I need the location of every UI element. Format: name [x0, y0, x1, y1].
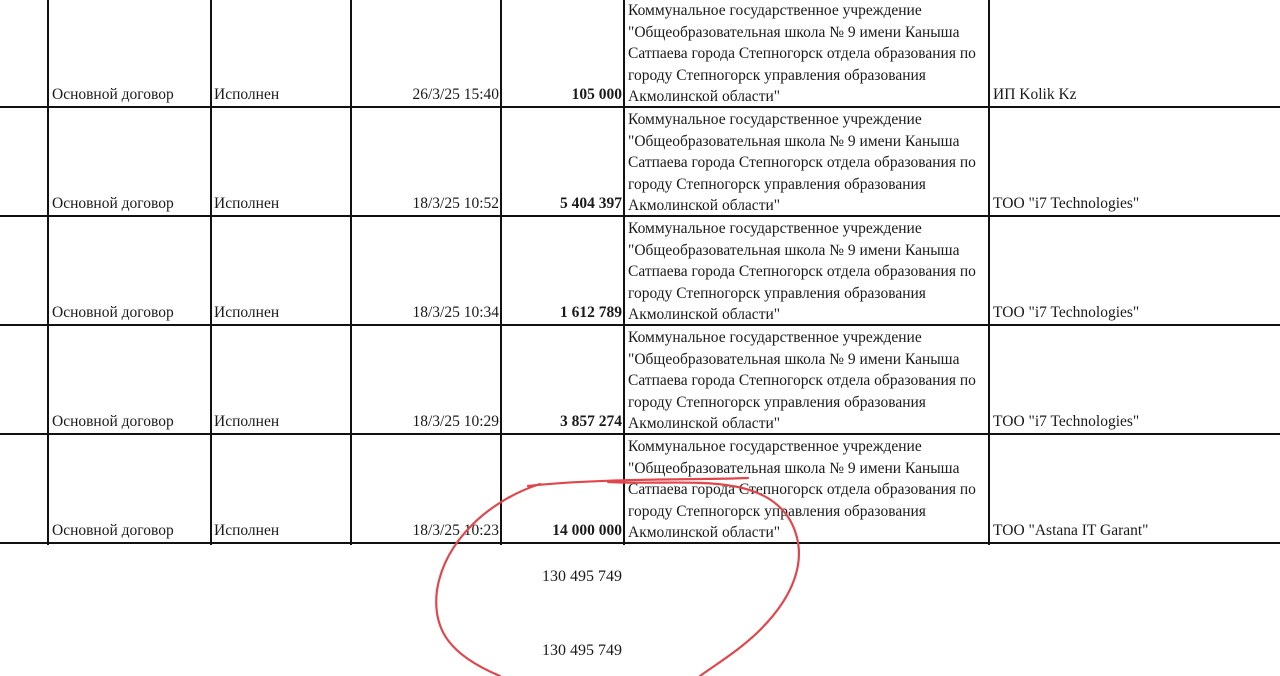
status: Исполнен — [214, 520, 350, 542]
amount: 105 000 — [503, 84, 622, 106]
contract-type: Основной договор — [52, 302, 210, 324]
status-cell: Исполнен — [214, 218, 350, 324]
status-cell: Исполнен — [214, 109, 350, 215]
customer-cell: Коммунальное государственное учреждение … — [628, 0, 988, 106]
table-row: Основной договор Исполнен 26/3/25 15:40 … — [0, 0, 1280, 108]
table-row: Основной договор Исполнен 18/3/25 10:34 … — [0, 218, 1280, 326]
amount: 5 404 397 — [503, 193, 622, 215]
amount-cell: 3 857 274 — [503, 327, 622, 433]
customer: Коммунальное государственное учреждение … — [628, 218, 988, 326]
supplier: ТОО "i7 Technologies" — [993, 302, 1280, 324]
grid-line — [210, 0, 212, 545]
amount-cell: 105 000 — [503, 0, 622, 106]
supplier: ИП Kolik Kz — [993, 84, 1280, 106]
date-cell: 26/3/25 15:40 — [354, 0, 499, 106]
date: 26/3/25 15:40 — [354, 84, 499, 106]
customer: Коммунальное государственное учреждение … — [628, 109, 988, 217]
status: Исполнен — [214, 193, 350, 215]
amount: 3 857 274 — [503, 411, 622, 433]
table-row: Основной договор Исполнен 18/3/25 10:52 … — [0, 109, 1280, 217]
grid-line — [988, 0, 990, 545]
table-row: Основной договор Исполнен 18/3/25 10:23 … — [0, 436, 1280, 544]
supplier: ТОО "i7 Technologies" — [993, 411, 1280, 433]
total-sum: 130 495 749 — [500, 568, 622, 586]
grid-line — [500, 0, 502, 545]
contract-type-cell: Основной договор — [52, 436, 210, 542]
contract-type-cell: Основной договор — [52, 218, 210, 324]
supplier: ТОО "i7 Technologies" — [993, 193, 1280, 215]
amount-cell: 14 000 000 — [503, 436, 622, 542]
amount: 14 000 000 — [503, 520, 622, 542]
supplier-cell: ТОО "i7 Technologies" — [993, 109, 1280, 215]
date: 18/3/25 10:23 — [354, 520, 499, 542]
status-cell: Исполнен — [214, 327, 350, 433]
customer-cell: Коммунальное государственное учреждение … — [628, 109, 988, 215]
amount-cell: 1 612 789 — [503, 218, 622, 324]
status: Исполнен — [214, 84, 350, 106]
contract-type-cell: Основной договор — [52, 109, 210, 215]
customer: Коммунальное государственное учреждение … — [628, 0, 988, 108]
status: Исполнен — [214, 302, 350, 324]
grid-line — [350, 0, 352, 545]
date-cell: 18/3/25 10:29 — [354, 327, 499, 433]
status: Исполнен — [214, 411, 350, 433]
supplier-cell: ТОО "i7 Technologies" — [993, 218, 1280, 324]
contract-type: Основной договор — [52, 193, 210, 215]
date: 18/3/25 10:52 — [354, 193, 499, 215]
status-cell: Исполнен — [214, 0, 350, 106]
contract-type: Основной договор — [52, 411, 210, 433]
supplier-cell: ТОО "i7 Technologies" — [993, 327, 1280, 433]
date-cell: 18/3/25 10:34 — [354, 218, 499, 324]
contract-type-cell: Основной договор — [52, 327, 210, 433]
date: 18/3/25 10:34 — [354, 302, 499, 324]
customer: Коммунальное государственное учреждение … — [628, 327, 988, 435]
date-cell: 18/3/25 10:52 — [354, 109, 499, 215]
supplier: ТОО "Astana IT Garant" — [993, 520, 1280, 542]
contract-type: Основной договор — [52, 520, 210, 542]
table-row: Основной договор Исполнен 18/3/25 10:29 … — [0, 327, 1280, 435]
customer-cell: Коммунальное государственное учреждение … — [628, 436, 988, 542]
supplier-cell: ИП Kolik Kz — [993, 0, 1280, 106]
contract-type: Основной договор — [52, 84, 210, 106]
date-cell: 18/3/25 10:23 — [354, 436, 499, 542]
amount-cell: 5 404 397 — [503, 109, 622, 215]
supplier-cell: ТОО "Astana IT Garant" — [993, 436, 1280, 542]
customer: Коммунальное государственное учреждение … — [628, 436, 988, 544]
customer-cell: Коммунальное государственное учреждение … — [628, 218, 988, 324]
grid-line — [623, 0, 625, 545]
total-sum: 130 495 749 — [500, 642, 622, 660]
customer-cell: Коммунальное государственное учреждение … — [628, 327, 988, 433]
date: 18/3/25 10:29 — [354, 411, 499, 433]
status-cell: Исполнен — [214, 436, 350, 542]
grid-line — [47, 0, 49, 545]
amount: 1 612 789 — [503, 302, 622, 324]
contract-type-cell: Основной договор — [52, 0, 210, 106]
